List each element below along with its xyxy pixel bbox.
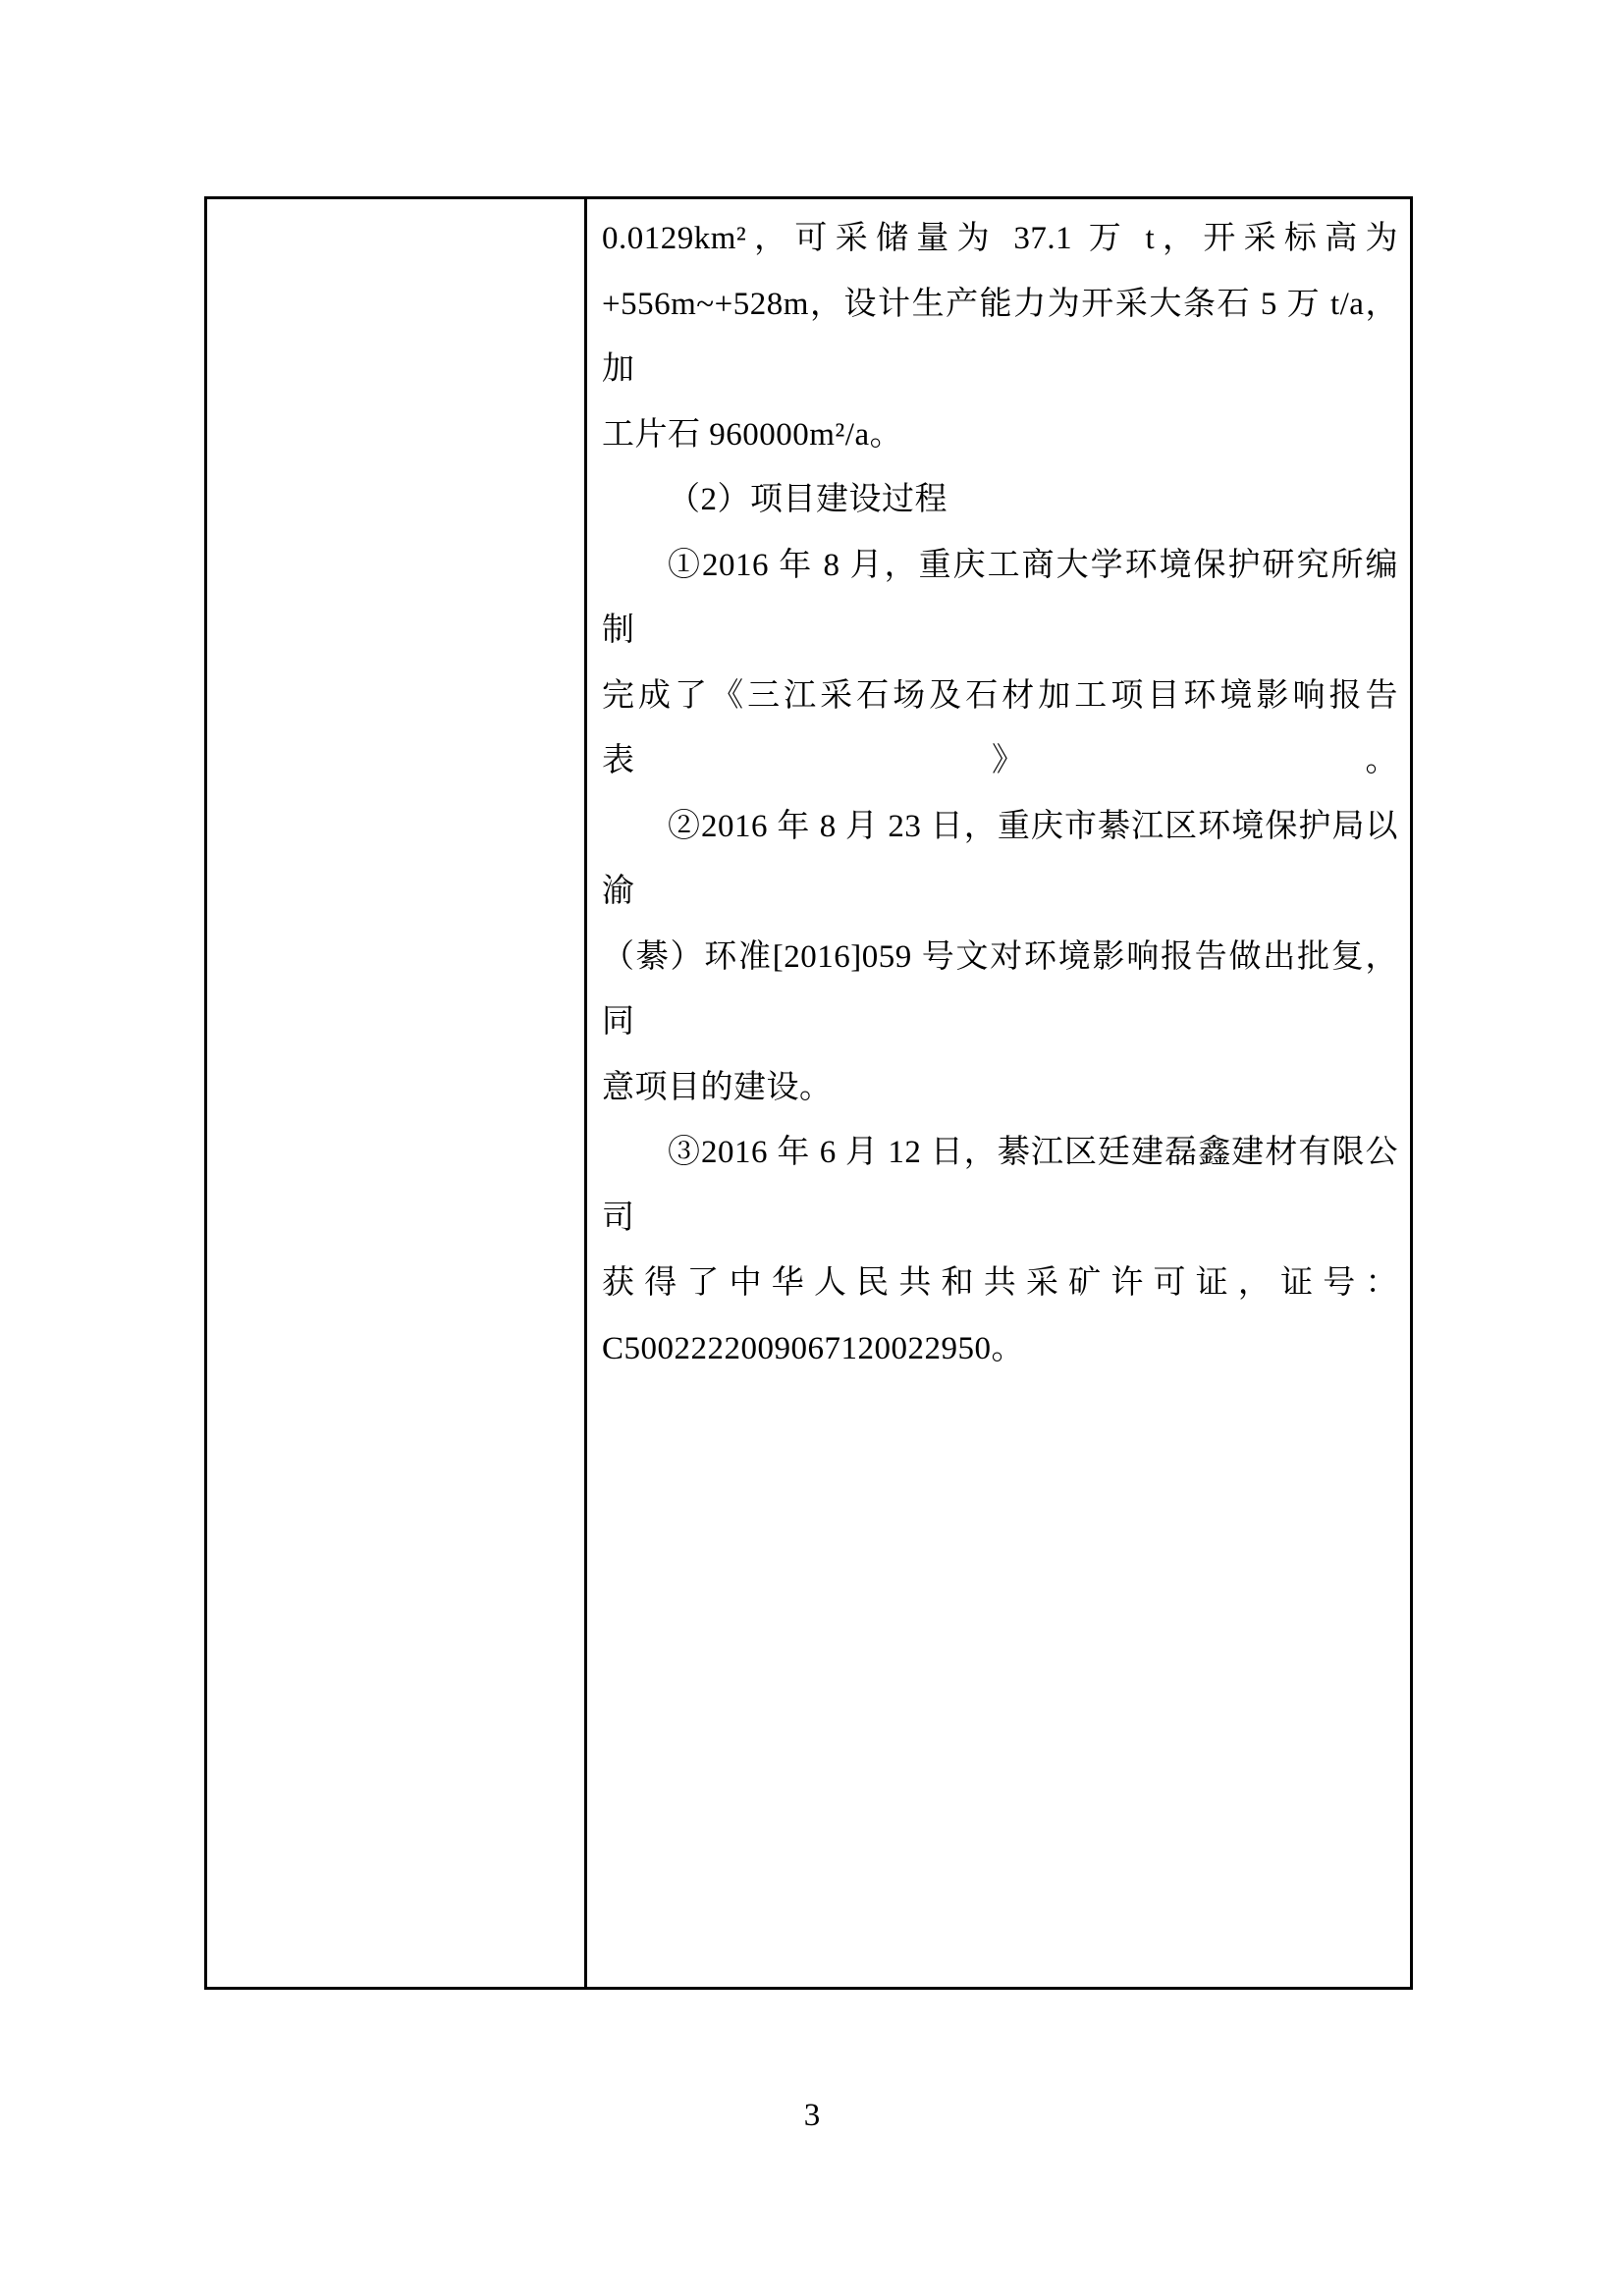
license-number-line: C5002222009067120022950。 [602,1316,1398,1382]
text-line-10: ③2016 年 6 月 12 日，綦江区廷建磊鑫建材有限公司 [602,1120,1398,1251]
text-line-6: 完成了《三江采石场及石材加工项目环境影响报告表》。 [602,664,1398,794]
text-line-11: 获得了中华人民共和共采矿许可证，证号： [602,1251,1398,1316]
text-line-7: ②2016 年 8 月 23 日，重庆市綦江区环境保护局以渝 [602,794,1398,925]
text-line-9: 意项目的建设。 [602,1055,1398,1121]
text-line-3: 工片石 960000m²/a。 [602,402,1398,468]
page-number: 3 [0,2083,1624,2148]
text-line-8: （綦）环准[2016]059 号文对环境影响报告做出批复，同 [602,925,1398,1055]
table-right-cell: 0.0129km²，可采储量为 37.1 万 t，开采标高为 +556m~+52… [587,199,1410,1987]
section-heading: （2）项目建设过程 [602,467,1398,533]
table-left-cell [207,199,587,1987]
text-line-5: ①2016 年 8 月，重庆工商大学环境保护研究所编制 [602,533,1398,664]
text-line-1: 0.0129km²，可采储量为 37.1 万 t，开采标高为 [602,206,1398,272]
text-line-2: +556m~+528m，设计生产能力为开采大条石 5 万 t/a，加 [602,272,1398,402]
report-table: 0.0129km²，可采储量为 37.1 万 t，开采标高为 +556m~+52… [204,196,1413,1990]
